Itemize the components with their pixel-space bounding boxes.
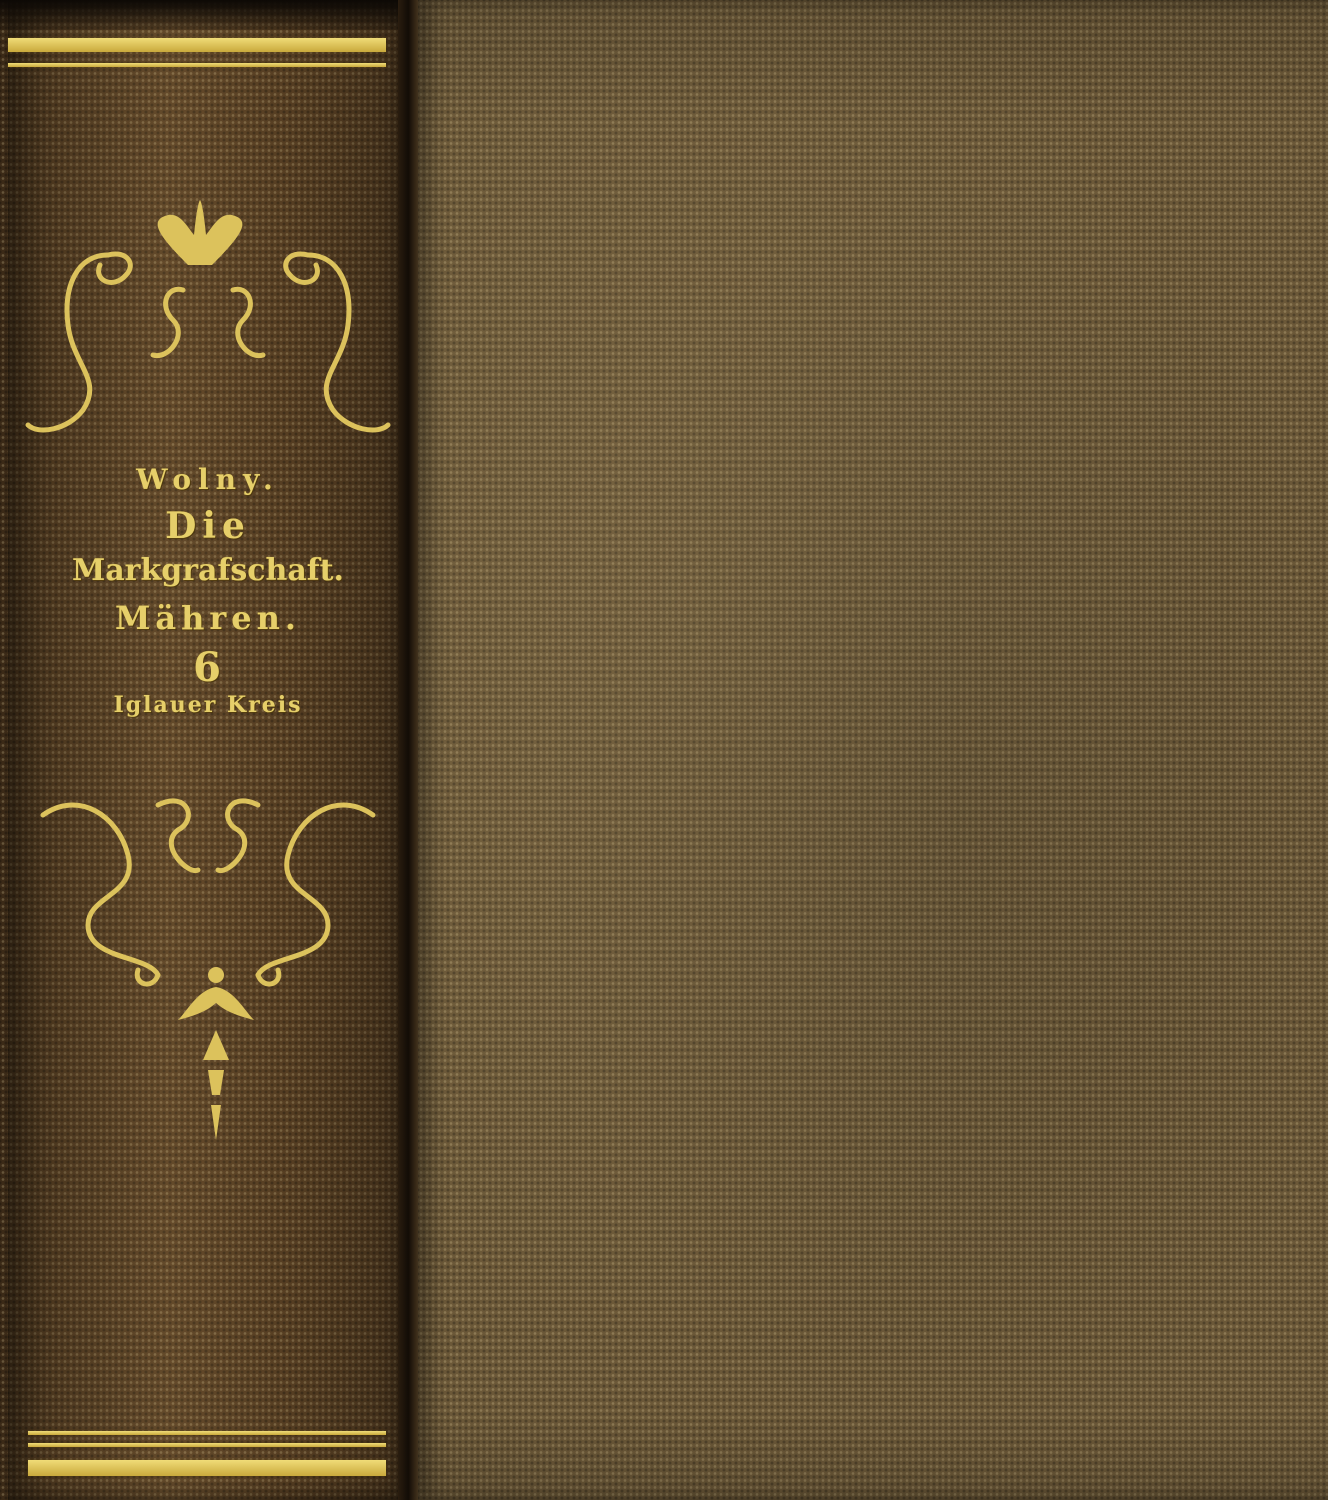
book-spine: Wolny. Die Markgrafschaft. Mähren. 6 Igl…	[8, 0, 408, 1500]
spine-volume-number: 6	[8, 648, 408, 688]
spine-subtitle: Iglauer Kreis	[8, 694, 408, 716]
spine-title-line-3: Mähren.	[8, 602, 408, 634]
spine-title-line-1: Die	[8, 508, 408, 544]
top-gilt-rule-thick	[8, 38, 386, 52]
bottom-gilt-rule-thick	[28, 1460, 386, 1476]
front-cover-board	[418, 0, 1328, 1500]
bottom-gilt-rule-thin-1	[28, 1431, 386, 1435]
top-fleuron-icon	[8, 195, 408, 445]
spine-author: Wolny.	[8, 466, 408, 494]
top-shadow	[0, 0, 410, 30]
spine-lettering: Wolny. Die Markgrafschaft. Mähren. 6 Igl…	[8, 466, 408, 716]
top-gilt-rule-thin	[8, 63, 386, 67]
bottom-gilt-rule-thin-2	[28, 1443, 386, 1447]
spine-title-line-2: Markgrafschaft.	[8, 556, 408, 586]
lower-scroll-ornament-icon	[8, 775, 408, 1155]
cover-shading	[418, 0, 1328, 1500]
